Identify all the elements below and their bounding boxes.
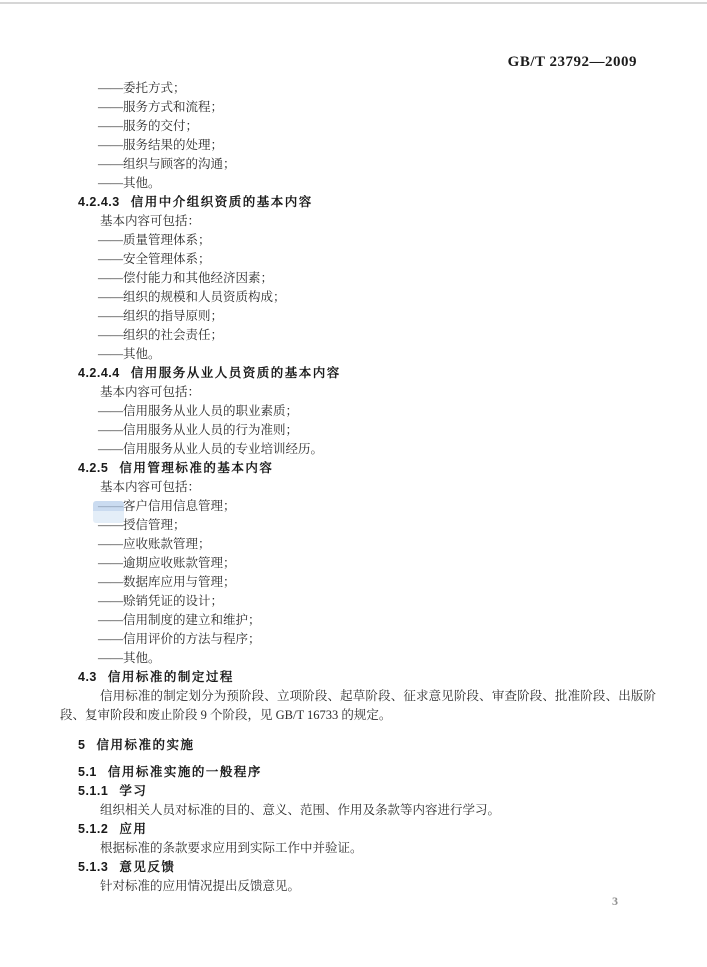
clause-title: 信用管理标准的基本内容: [119, 461, 273, 475]
lead-line: 基本内容可包括：: [100, 212, 656, 231]
dash-list-item: ——质量管理体系；: [98, 231, 656, 250]
clause-heading: 5.1.3意见反馈: [78, 858, 656, 877]
page-number: 3: [612, 894, 618, 909]
dash-list-item: ——服务的交付；: [98, 117, 656, 136]
clause-heading: 4.2.4.4信用服务从业人员资质的基本内容: [78, 364, 656, 383]
dash-list-item: ——其他。: [98, 174, 656, 193]
clause-number: 5.1.3: [78, 860, 108, 874]
dash-list-item: ——信用服务从业人员的专业培训经历。: [98, 440, 656, 459]
clause-heading: 4.2.5信用管理标准的基本内容: [78, 459, 656, 478]
dash-list-item: ——信用评价的方法与程序；: [98, 630, 656, 649]
standard-code-header: GB/T 23792—2009: [508, 54, 637, 71]
paragraph: 信用标准的制定划分为预阶段、立项阶段、起草阶段、征求意见阶段、审查阶段、批准阶段…: [60, 687, 656, 725]
paragraph: 组织相关人员对标准的目的、意义、范围、作用及条款等内容进行学习。: [60, 801, 656, 820]
paragraph: 根据标准的条款要求应用到实际工作中并验证。: [60, 839, 656, 858]
dash-list-item: ——应收账款管理；: [98, 535, 656, 554]
clause-heading: 5.1.1学习: [78, 782, 656, 801]
lead-line: 基本内容可包括：: [100, 478, 656, 497]
dash-list-item: ——服务方式和流程；: [98, 98, 656, 117]
clause-number: 5: [78, 738, 85, 752]
page-top-rule: [0, 2, 707, 4]
clause-title: 信用服务从业人员资质的基本内容: [131, 366, 341, 380]
watermark-blob: [93, 501, 124, 523]
document-page: GB/T 23792—2009 ——委托方式；——服务方式和流程；——服务的交付…: [0, 0, 707, 967]
clause-number: 4.3: [78, 670, 97, 684]
clause-number: 5.1.2: [78, 822, 108, 836]
dash-list-item: ——组织的规模和人员资质构成；: [98, 288, 656, 307]
clause-heading: 4.2.4.3信用中介组织资质的基本内容: [78, 193, 656, 212]
dash-list-item: ——信用服务从业人员的行为准则；: [98, 421, 656, 440]
lead-line: 基本内容可包括：: [100, 383, 656, 402]
dash-list-item: ——组织与顾客的沟通；: [98, 155, 656, 174]
clause-title: 学习: [119, 784, 147, 798]
dash-list-item: ——赊销凭证的设计；: [98, 592, 656, 611]
clause-title: 意见反馈: [119, 860, 175, 874]
clause-heading: 5.1.2应用: [78, 820, 656, 839]
clause-number: 5.1.1: [78, 784, 108, 798]
dash-list-item: ——其他。: [98, 345, 656, 364]
clause-number: 4.2.4.3: [78, 195, 120, 209]
clause-title: 应用: [119, 822, 147, 836]
clause-heading: 4.3信用标准的制定过程: [78, 668, 656, 687]
dash-list-item: ——逾期应收账款管理；: [98, 554, 656, 573]
dash-list-item: ——其他。: [98, 649, 656, 668]
dash-list-item: ——信用服务从业人员的职业素质；: [98, 402, 656, 421]
dash-list-item: ——服务结果的处理；: [98, 136, 656, 155]
dash-list-item: ——组织的指导原则；: [98, 307, 656, 326]
clause-title: 信用中介组织资质的基本内容: [131, 195, 313, 209]
clause-number: 5.1: [78, 765, 97, 779]
dash-list-item: ——信用制度的建立和维护；: [98, 611, 656, 630]
paragraph: 针对标准的应用情况提出反馈意见。: [60, 877, 656, 896]
clause-number: 4.2.4.4: [78, 366, 120, 380]
clause-title: 信用标准的实施: [96, 738, 194, 752]
dash-list-item: ——委托方式；: [98, 79, 656, 98]
dash-list-item: ——偿付能力和其他经济因素；: [98, 269, 656, 288]
dash-list-item: ——数据库应用与管理；: [98, 573, 656, 592]
dash-list-item: ——客户信用信息管理；: [98, 497, 656, 516]
clause-title: 信用标准的制定过程: [108, 670, 234, 684]
dash-list-item: ——授信管理；: [98, 516, 656, 535]
chapter-heading: 5信用标准的实施: [78, 736, 656, 755]
dash-list-item: ——安全管理体系；: [98, 250, 656, 269]
clause-number: 4.2.5: [78, 461, 108, 475]
document-content: ——委托方式；——服务方式和流程；——服务的交付；——服务结果的处理；——组织与…: [60, 79, 656, 896]
clause-title: 信用标准实施的一般程序: [108, 765, 262, 779]
clause-heading: 5.1信用标准实施的一般程序: [78, 763, 656, 782]
dash-list-item: ——组织的社会责任；: [98, 326, 656, 345]
